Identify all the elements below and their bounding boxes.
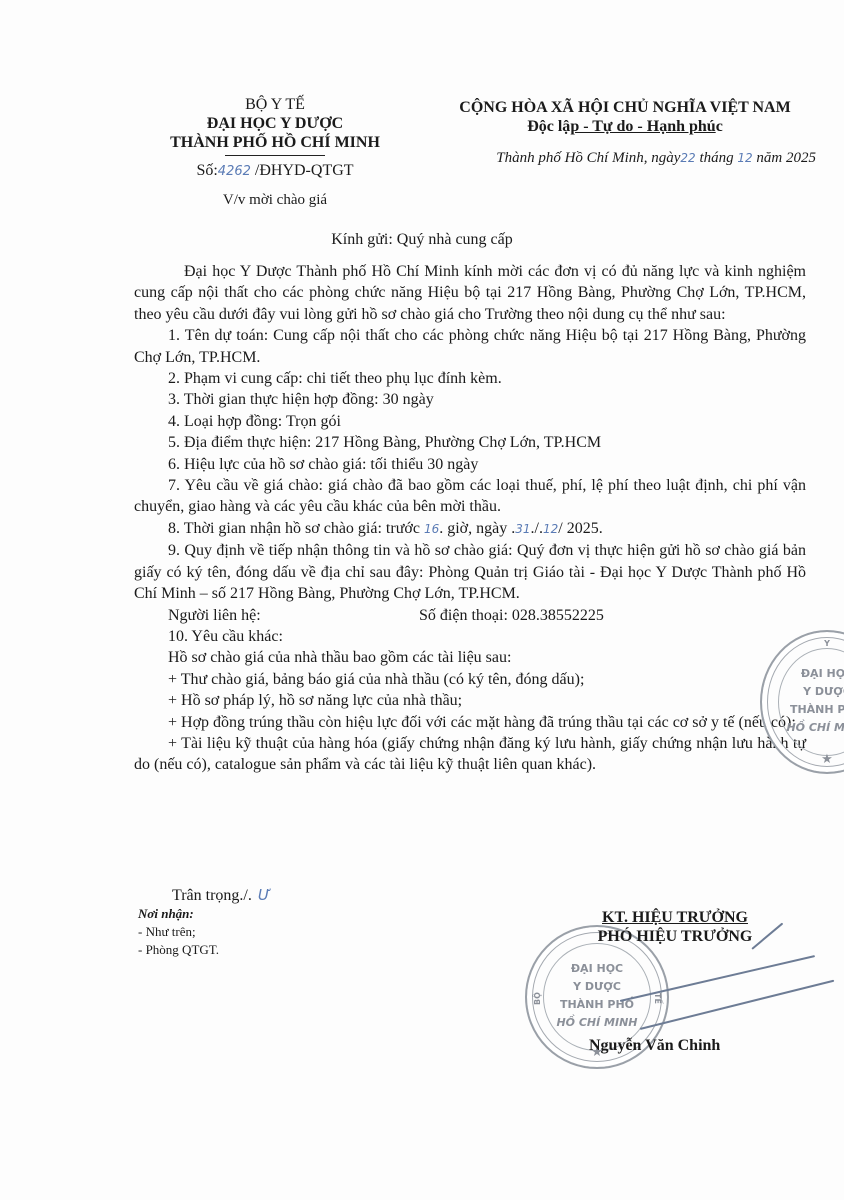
motto-prefix: Độc lậ [527,118,570,135]
seal-text: ĐẠI HỌC [527,961,667,976]
signer-title: KT. HIỆU TRƯỞNG PHÓ HIỆU TRƯỞNG [560,908,790,946]
document-page: BỘ Y TẾ ĐẠI HỌC Y DƯỢC THÀNH PHỐ HỒ CHÍ … [0,0,844,1200]
date-prefix: Thành phố Hồ Chí Minh, ngày [496,150,680,166]
item-6: 6. Hiệu lực của hồ sơ chào giá: tối thiể… [134,454,806,475]
contact-row: Người liên hệ: Số điện thoại: 028.385522… [134,605,806,626]
item-1: 1. Tên dự toán: Cung cấp nội thất cho cá… [134,325,806,368]
university-name-line2: THÀNH PHỐ HỒ CHÍ MINH [150,133,400,152]
deadline-hour-handwritten: 16 [424,522,439,536]
deadline-day-handwritten: 31 [515,522,530,536]
national-header: CỘNG HÒA XÃ HỘI CHỦ NGHĨA VIỆT NAM Độc l… [430,98,820,167]
deadline-month-handwritten: 12 [543,522,558,536]
signer-title-line1: KT. HIỆU TRƯỞNG [560,908,790,927]
docs-intro: Hồ sơ chào giá của nhà thầu bao gồm các … [134,647,806,668]
signature-stroke [640,980,835,1030]
recipients-title: Nơi nhận: [138,905,219,923]
issuer-header: BỘ Y TẾ ĐẠI HỌC Y DƯỢC THÀNH PHỐ HỒ CHÍ … [150,96,400,209]
contact-person-label: Người liên hệ: [134,605,419,626]
subject-line: V/v mời chào giá [150,192,400,209]
date-month-label: tháng [699,150,733,166]
seal-top-label: Y [762,636,844,651]
contact-phone: Số điện thoại: 028.38552225 [419,605,604,626]
seal-text: THÀNH PHỐ [762,702,844,717]
closing-regards: Trân trọng./.Ư [172,886,270,905]
item-10: 10. Yêu cầu khác: [134,626,806,647]
doc-requirement: + Tài liệu kỹ thuật của hàng hóa (giấy c… [134,733,806,776]
doc-number-suffix: /ĐHYD-QTGT [255,162,354,179]
item-9: 9. Quy định về tiếp nhận thông tin và hồ… [134,540,806,604]
item-4: 4. Loại hợp đồng: Trọn gói [134,411,806,432]
header-divider [225,155,325,156]
date-year: năm 2025 [756,150,816,166]
letter-body: Đại học Y Dược Thành phố Hồ Chí Minh kín… [134,261,806,776]
doc-number-label: Số: [196,162,217,179]
seal-side-label: BỘ [530,992,545,1005]
ministry-name: BỘ Y TẾ [150,96,400,114]
item-8-prefix: 8. Thời gian nhận hồ sơ chào giá: trước [168,520,420,537]
motto-underlined: p - Tự do - Hạnh phú [570,118,715,135]
doc-requirement: + Thư chào giá, bảng báo giá của nhà thầ… [134,669,806,690]
item-5: 5. Địa điểm thực hiện: 217 Hồng Bàng, Ph… [134,432,806,453]
national-motto: Độc lập - Tự do - Hạnh phúc [430,117,820,136]
recipients-block: Nơi nhận: - Như trên; - Phòng QTGT. [138,905,219,959]
date-day-handwritten: 22 [680,151,695,165]
doc-requirement: + Hợp đồng trúng thầu còn hiệu lực đối v… [134,712,806,733]
university-name-line1: ĐẠI HỌC Y DƯỢC [150,114,400,133]
national-title: CỘNG HÒA XÃ HỘI CHỦ NGHĨA VIỆT NAM [430,98,820,117]
motto-suffix: c [716,118,723,135]
doc-number-handwritten: 4262 [218,164,251,179]
star-icon: ★ [762,752,844,767]
date-month-handwritten: 12 [737,151,752,165]
regards-text: Trân trọng./. [172,887,252,904]
document-number: Số:4262 /ĐHYD-QTGT [150,162,400,180]
date-line: Thành phố Hồ Chí Minh, ngày22 tháng 12 n… [430,150,820,167]
item-8: 8. Thời gian nhận hồ sơ chào giá: trước … [134,518,806,540]
recipient-item: - Như trên; [138,923,219,941]
signer-name: Nguyễn Văn Chinh [589,1037,720,1055]
intro-paragraph: Đại học Y Dược Thành phố Hồ Chí Minh kín… [134,261,806,325]
seal-side-label: TẾ [650,993,665,1004]
recipient-item: - Phòng QTGT. [138,941,219,959]
seal-text: THÀNH PHỐ [527,997,667,1012]
item-8-suffix: / 2025. [558,520,602,537]
item-3: 3. Thời gian thực hiện hợp đồng: 30 ngày [134,389,806,410]
seal-text: ĐẠI HỌC [762,666,844,681]
item-8-sep: ./. [531,520,543,537]
seal-text: Y DƯỢC [527,979,667,994]
greeting: Kính gửi: Quý nhà cung cấp [0,231,844,249]
seal-text: Y DƯỢC [762,684,844,699]
seal-text: HỒ CHÍ MINH [762,720,844,735]
item-8-hour-suffix: . giờ, ngày . [439,520,515,537]
doc-requirement: + Hồ sơ pháp lý, hồ sơ năng lực của nhà … [134,690,806,711]
item-7: 7. Yêu cầu về giá chào: giá chào đã bao … [134,475,806,518]
initials-handwritten: Ư [258,886,271,904]
item-2: 2. Phạm vi cung cấp: chi tiết theo phụ l… [134,368,806,389]
